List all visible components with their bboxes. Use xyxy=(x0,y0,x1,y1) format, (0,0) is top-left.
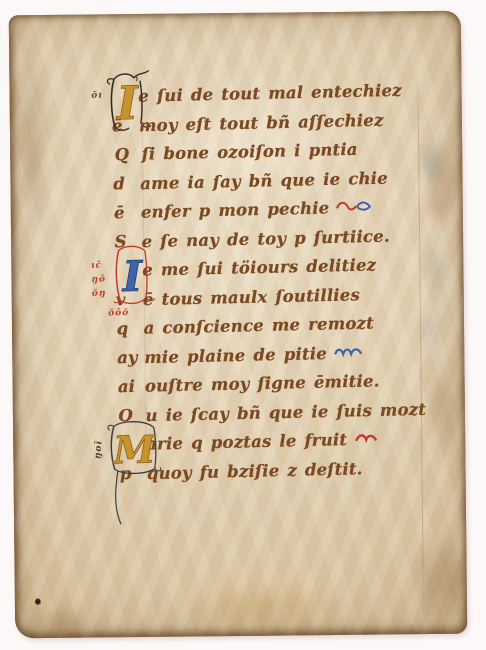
margin-penwork: ŏı xyxy=(91,91,103,101)
stain xyxy=(412,531,467,632)
margin-penwork: ŋoī xyxy=(93,440,104,460)
stain xyxy=(33,603,93,639)
line-text: mie plaine de pitie xyxy=(144,339,327,372)
line-lead: ay xyxy=(117,343,145,373)
initial-letter: I xyxy=(121,252,144,301)
margin-penwork: ıĉ xyxy=(91,261,102,271)
stain xyxy=(15,55,51,235)
line-text: arie q poztas le fruit xyxy=(146,425,348,459)
margin-penwork: ŋō xyxy=(91,275,106,285)
line-text: ē tous maulx ſoutillies xyxy=(143,280,361,314)
line-filler-icon xyxy=(335,192,374,222)
line-text: e ſe nay de toy p ſurtiice. xyxy=(141,222,390,257)
line-lead: ē xyxy=(114,198,142,228)
initial-letter: I xyxy=(114,76,140,131)
line-lead: Q xyxy=(114,140,142,170)
line-text: ame ia ſay bñ que ie chie xyxy=(140,164,388,199)
parchment-leaf: I I xyxy=(9,11,467,639)
line-text: quoy fu bziſie z deſtit. xyxy=(147,454,363,488)
line-filler-icon xyxy=(353,424,380,454)
line-filler-icon xyxy=(333,338,366,368)
line-text: enfer p mon pechie xyxy=(141,193,330,226)
line-lead: ai xyxy=(118,372,146,402)
line-lead: d xyxy=(113,169,141,199)
wormhole xyxy=(35,598,41,605)
margin-penwork: ŏōŏ xyxy=(108,308,129,318)
stain xyxy=(175,577,346,638)
text-block: I I xyxy=(111,75,450,488)
margin-penwork: ŏŋ xyxy=(92,289,107,299)
line-text: e me ſui töiours delitiez xyxy=(142,250,377,284)
line-text: ouſtre moy ſigne ēmitie. xyxy=(145,366,380,400)
manuscript-scan: I I xyxy=(0,0,486,650)
line-text: ſi bone ozoiſon i pntia xyxy=(141,135,358,169)
